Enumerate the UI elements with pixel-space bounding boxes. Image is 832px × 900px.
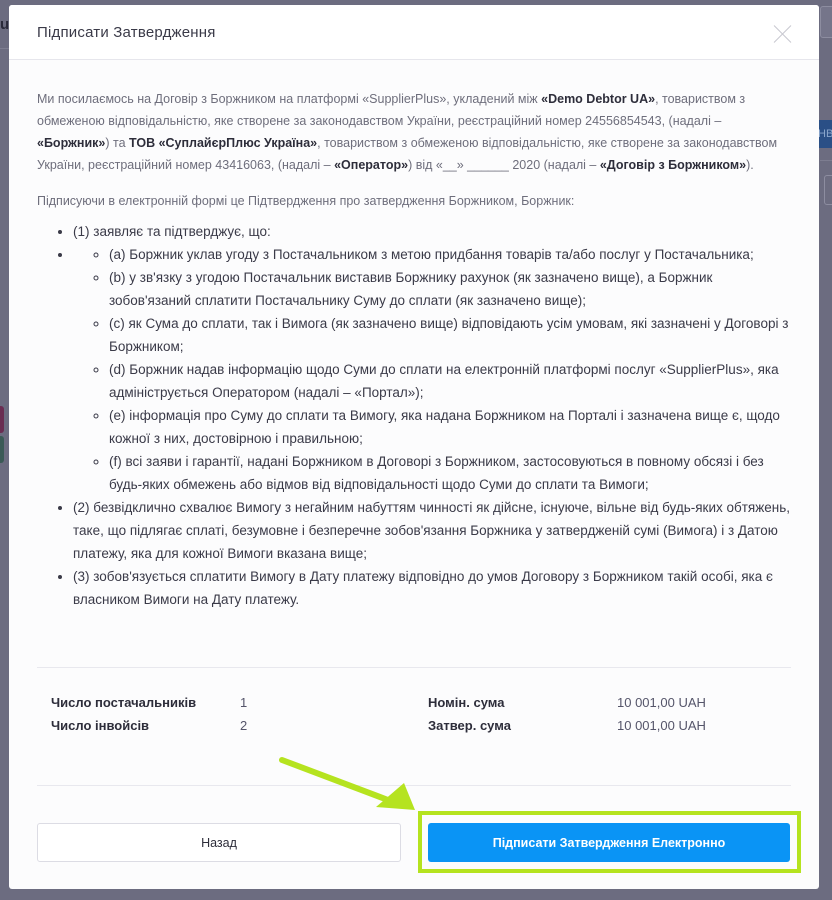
suppliers-count-value: 1 <box>240 695 247 710</box>
nominal-sum-label: Номін. сума <box>428 695 504 710</box>
intro-paragraph: Ми посилаємось на Договір з Боржником на… <box>37 88 791 176</box>
divider <box>37 667 791 668</box>
sign-approval-modal: Підписати Затвердження Ми посилаємось на… <box>9 5 819 889</box>
intro-text: ) та <box>105 136 129 150</box>
intro-text: ) від «__» ______ 2020 (надалі – <box>408 158 600 172</box>
sub-list-item: (a) Боржник уклав угоду з Постачальником… <box>109 243 791 266</box>
intro-bold-text: «Оператор» <box>334 158 408 172</box>
modal-body: Ми посилаємось на Договір з Боржником на… <box>9 60 819 611</box>
intro-bold-text: «Demo Debtor UA» <box>541 92 655 106</box>
sub-list-item: (c) як Сума до сплати, так і Вимога (як … <box>109 312 791 358</box>
list-item: (1) заявляє та підтверджує, що: <box>73 220 791 243</box>
footer-divider <box>37 785 791 786</box>
modal-header: Підписати Затвердження <box>9 5 819 60</box>
intro-bold-text: ТОВ «СуплайєрПлюс Україна» <box>129 136 317 150</box>
intro-bold-text: «Боржник» <box>37 136 105 150</box>
invoices-count-value: 2 <box>240 718 247 733</box>
sign-button[interactable]: Підписати Затвердження Електронно <box>428 823 790 862</box>
sub-list-item: (d) Боржник надав інформацію щодо Суми д… <box>109 358 791 404</box>
list-item: (2) безвідклично схвалює Вимогу з негайн… <box>73 496 791 565</box>
background-tab: HB <box>818 120 832 148</box>
back-button[interactable]: Назад <box>37 823 401 862</box>
approved-sum-label: Затвер. сума <box>428 718 511 733</box>
sub-list-item: (b) у зв'язку з угодою Постачальник вист… <box>109 266 791 312</box>
sub-list-item: (f) всі заяви і гарантії, надані Боржник… <box>109 450 791 496</box>
background-divider <box>820 160 832 161</box>
sub-list-item: (e) інформація про Суму до сплати та Вим… <box>109 404 791 450</box>
suppliers-count-label: Число постачальників <box>51 695 196 710</box>
background-badge <box>0 436 4 463</box>
approved-sum-value: 10 001,00 UAH <box>617 718 706 733</box>
nominal-sum-value: 10 001,00 UAH <box>617 695 706 710</box>
list-item: (3) зобов'язується сплатити Вимогу в Дат… <box>73 565 791 611</box>
intro-text: Ми посилаємось на Договір з Боржником на… <box>37 92 541 106</box>
intro-bold-text: «Договір з Боржником» <box>600 158 746 172</box>
background-button <box>820 6 832 38</box>
close-icon[interactable] <box>773 24 793 44</box>
lead-paragraph: Підписуючи в електронній формі це Підтве… <box>37 190 791 212</box>
summary-section: Число постачальників 1 Число інвойсів 2 … <box>9 688 819 748</box>
intro-text: ). <box>746 158 754 172</box>
sub-declarations-list: (a) Боржник уклав угоду з Постачальником… <box>73 243 791 496</box>
list-item: (a) Боржник уклав угоду з Постачальником… <box>73 243 791 496</box>
background-box <box>824 175 832 205</box>
invoices-count-label: Число інвойсів <box>51 718 149 733</box>
modal-title: Підписати Затвердження <box>37 24 216 41</box>
background-badge <box>0 406 4 433</box>
declarations-list: (1) заявляє та підтверджує, що: (a) Борж… <box>37 220 791 611</box>
